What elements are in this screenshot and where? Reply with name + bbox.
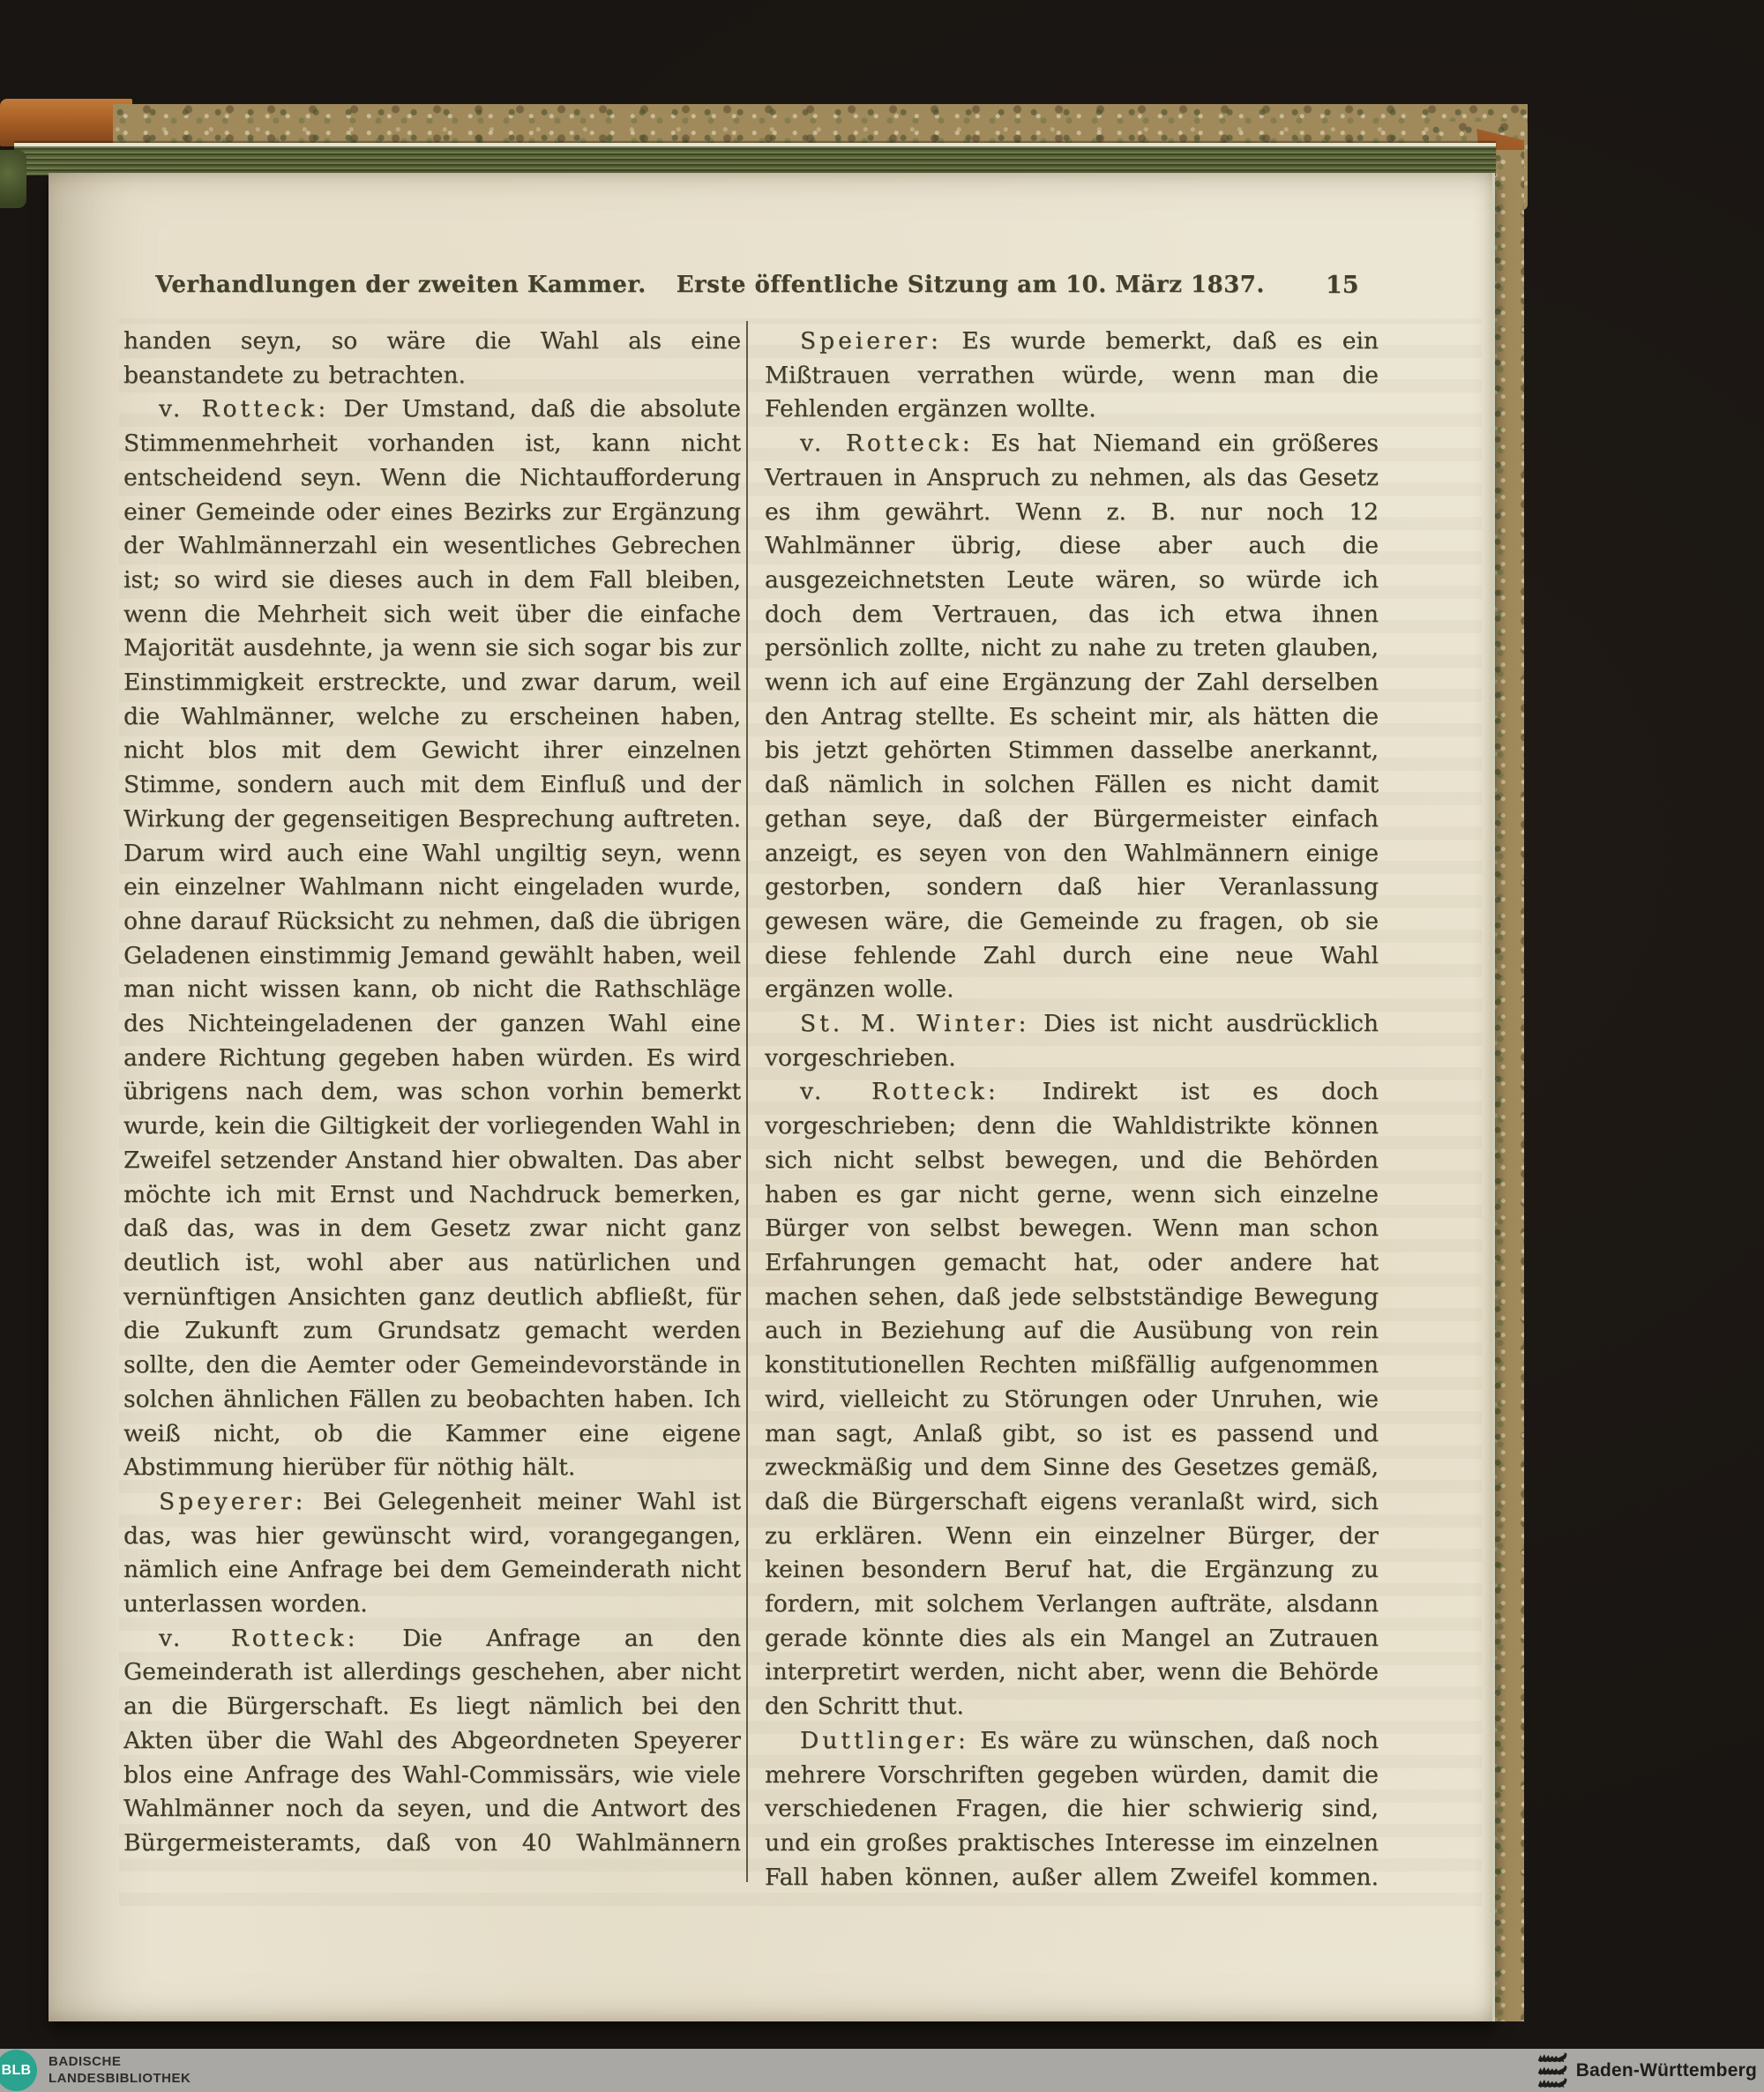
library-name: BADISCHE LANDESBIBLIOTHEK — [49, 2054, 191, 2087]
library-name-line1: BADISCHE — [49, 2054, 191, 2071]
running-head-left: Verhandlungen der zweiten Kammer. — [155, 272, 647, 298]
speaker-name: v. Rotteck: — [800, 1078, 999, 1105]
speaker-name: Speierer: — [800, 327, 942, 355]
text-column-right: Speierer: Es wurde bemerkt, daß es ein M… — [754, 325, 1379, 1894]
column-divider-rule — [746, 321, 748, 1882]
state-logo: Baden-Württemberg — [1536, 2051, 1757, 2091]
speech-paragraph: Duttlinger: Es wäre zu wünschen, daß noc… — [765, 1724, 1379, 1894]
speaker-name: St. M. Winter: — [800, 1010, 1029, 1037]
speaker-name: v. Rotteck: — [800, 430, 974, 457]
book-cover-right-marbled-edge — [1491, 150, 1524, 2021]
speaker-name: Speyerer: — [159, 1488, 306, 1515]
book-page: Verhandlungen der zweiten Kammer. Erste … — [49, 173, 1495, 2021]
page-stack-green-fore-edge — [14, 146, 1496, 176]
speech-text: Die Anfrage an den Gemeinderath ist alle… — [123, 1625, 741, 1861]
blb-logo-badge: BLB — [0, 2050, 37, 2091]
speech-text: Es hat Niemand ein größeres Vertrauen in… — [765, 430, 1379, 1003]
speech-text: Der Umstand, daß die absolute Stimmenmeh… — [123, 395, 741, 1481]
text-column-left: handen seyn, so wäre die Wahl als eine b… — [123, 325, 741, 1861]
speech-paragraph: Speierer: Es wurde bemerkt, daß es ein M… — [765, 325, 1379, 427]
speech-paragraph: v. Rotteck: Es hat Niemand ein größeres … — [765, 427, 1379, 1007]
speaker-name: Duttlinger: — [800, 1727, 969, 1754]
book-cover-marbled-top-board — [113, 104, 1528, 150]
book-headband — [0, 150, 26, 208]
speaker-name: v. Rotteck: — [159, 395, 329, 422]
book-scan-viewport: Verhandlungen der zweiten Kammer. Erste … — [0, 0, 1764, 2092]
library-name-line2: LANDESBIBLIOTHEK — [49, 2071, 191, 2088]
speech-paragraph: v. Rotteck: Der Umstand, daß die absolut… — [123, 392, 741, 1485]
state-logo-text: Baden-Württemberg — [1576, 2060, 1757, 2081]
speech-text: Indirekt ist es doch vorgeschrieben; den… — [765, 1078, 1379, 1720]
page-number: 15 — [1326, 272, 1359, 299]
running-head: Verhandlungen der zweiten Kammer. Erste … — [84, 272, 1336, 298]
speech-paragraph: St. M. Winter: Dies ist nicht ausdrückli… — [765, 1007, 1379, 1075]
speech-paragraph: v. Rotteck: Die Anfrage an den Gemeinder… — [123, 1622, 741, 1861]
library-footer-bar: BLB BADISCHE LANDESBIBLIOTHEK — [0, 2049, 1764, 2092]
running-head-right: Erste öffentliche Sitzung am 10. März 18… — [676, 272, 1265, 298]
speaker-name: v. Rotteck: — [159, 1625, 359, 1652]
speech-paragraph: v. Rotteck: Indirekt ist es doch vorgesc… — [765, 1075, 1379, 1723]
bw-three-lions-coat-of-arms-icon — [1536, 2051, 1568, 2091]
speech-paragraph: Speyerer: Bei Gelegenheit meiner Wahl is… — [123, 1485, 741, 1622]
speech-paragraph: handen seyn, so wäre die Wahl als eine b… — [123, 325, 741, 392]
speech-text: handen seyn, so wäre die Wahl als eine b… — [123, 327, 741, 389]
blb-logo-text: BLB — [2, 2063, 32, 2079]
